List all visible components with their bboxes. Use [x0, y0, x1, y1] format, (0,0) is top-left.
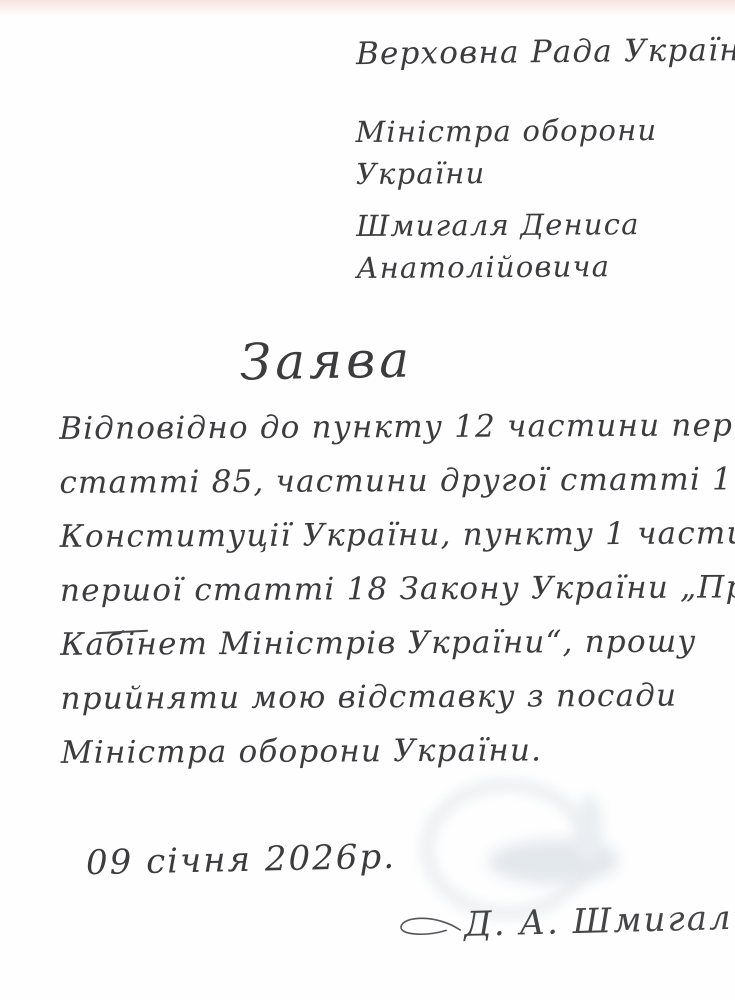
body-line: першої статті 18 Закону України „Про — [60, 560, 735, 618]
scan-edge-tint — [0, 0, 735, 16]
addressee-line: Міністра оборони — [355, 109, 657, 153]
body-line: Міністра оборони України. — [61, 722, 735, 780]
body-paragraph: Відповідно до пункту 12 частини першої с… — [59, 398, 735, 780]
body-line: Конституції України, пункту 1 частини — [60, 506, 735, 564]
body-line: Кабінет Міністрів України“, прошу — [60, 614, 735, 672]
signature-name: Д. А. Шмигаль — [464, 897, 735, 945]
smudge-tail — [576, 796, 602, 862]
recipient-organization: Верховна Рада України — [356, 32, 735, 72]
signature-flourish-stroke — [398, 910, 463, 942]
addressee-line: Анатолійовича — [356, 245, 658, 289]
document-title: Заява — [240, 330, 414, 391]
body-line: Відповідно до пункту 12 частини першої — [59, 398, 735, 456]
smudge-blob — [488, 840, 618, 884]
addressee-line: Шмигаля Дениса — [356, 203, 658, 247]
addressee-block: Міністра оборони України Шмигаля Дениса … — [355, 109, 658, 289]
signature-block: Д. А. Шмигаль — [398, 897, 735, 946]
smudge-ring — [422, 780, 592, 918]
bleed-through-smudge — [418, 778, 630, 906]
date-line: 09 січня 2026р. — [86, 837, 397, 883]
body-line: прийняти мою відставку з посади — [60, 668, 735, 726]
scanned-letter-page: Верховна Рада України Міністра оборони У… — [0, 0, 735, 1000]
body-line: статті 85, частини другої статті 115 — [59, 452, 735, 510]
addressee-line: України — [356, 151, 658, 195]
